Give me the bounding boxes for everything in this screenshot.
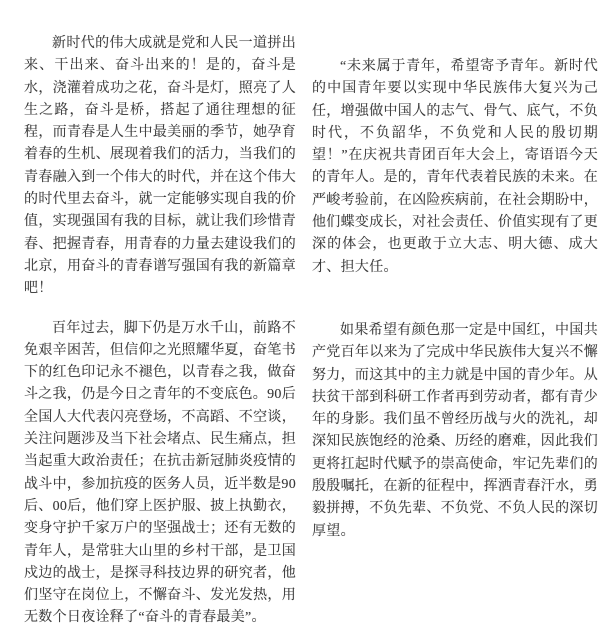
paragraph-left-2: 百年过去，脚下仍是万水千山，前路不免艰辛困苦，但信仰之光照耀华夏，奋笔书下的红色… [24, 318, 296, 630]
paragraph-right-1: “未来属于青年，希望寄予青年。新时代的中国青年要以实现中华民族伟大复兴为己任，增… [312, 56, 598, 279]
right-column: “未来属于青年，希望寄予青年。新时代的中国青年要以实现中华民族伟大复兴为己任，增… [312, 0, 598, 630]
paragraph-left-1: 新时代的伟大成就是党和人民一道拼出来、干出来、奋斗出来的！是的，奋斗是水，浇灌着… [24, 33, 296, 301]
paragraph-right-2: 如果希望有颜色那一定是中国红，中国共产党百年以来为了完成中华民族伟大复兴不懈努力… [312, 320, 598, 543]
two-column-layout: 新时代的伟大成就是党和人民一道拼出来、干出来、奋斗出来的！是的，奋斗是水，浇灌着… [0, 0, 610, 630]
document-page: 新时代的伟大成就是党和人民一道拼出来、干出来、奋斗出来的！是的，奋斗是水，浇灌着… [0, 0, 610, 638]
left-column: 新时代的伟大成就是党和人民一道拼出来、干出来、奋斗出来的！是的，奋斗是水，浇灌着… [24, 0, 296, 630]
